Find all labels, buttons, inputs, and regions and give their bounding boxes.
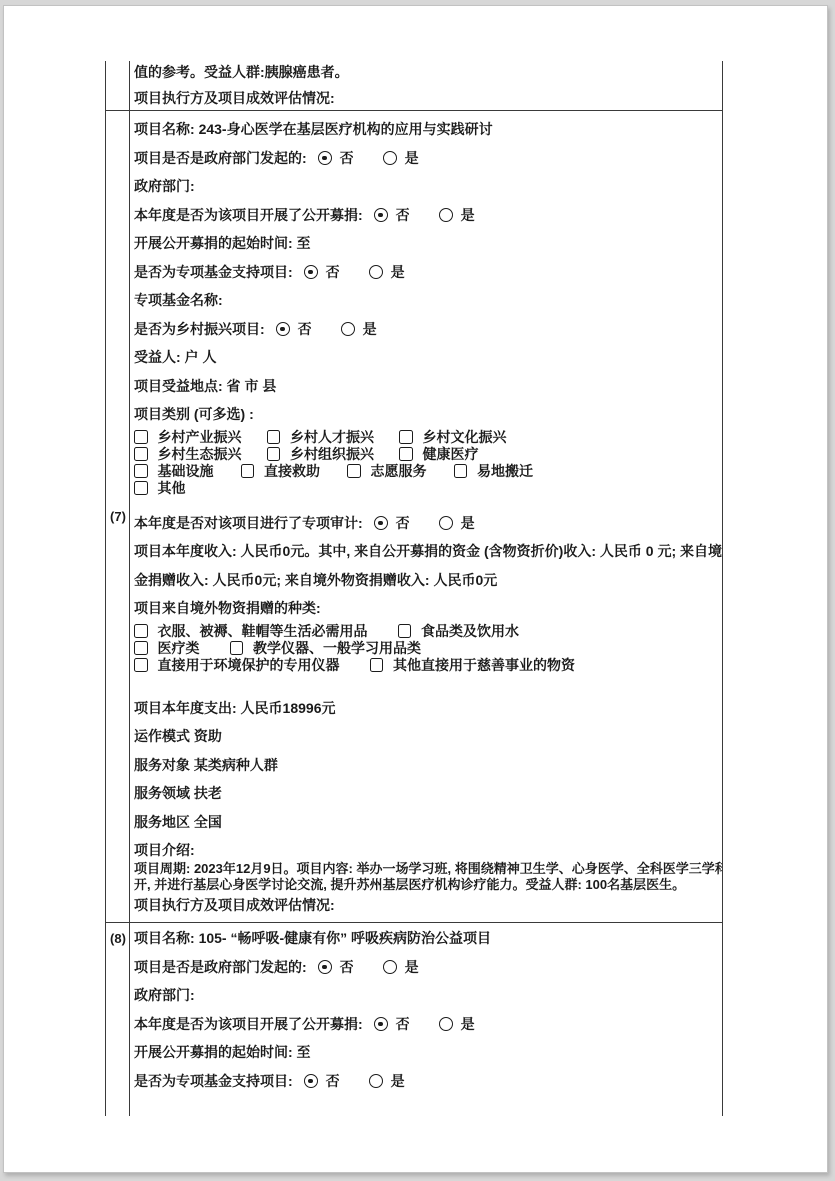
checkbox-item: 教学仪器、一般学习用品类	[230, 640, 422, 657]
option-yes-label: 是	[391, 1073, 405, 1090]
project-name-value: 243-身心医学在基层医疗机构的应用与实践研讨	[199, 121, 493, 137]
radio-option-no: 否	[304, 264, 340, 281]
question-label: 是否为乡村振兴项目:	[134, 321, 265, 338]
checkbox-item: 乡村生态振兴	[134, 446, 242, 463]
question-gov-initiated: 项目是否是政府部门发起的: 否 是	[134, 150, 722, 167]
radio-unselected-icon	[341, 322, 355, 336]
checkbox-label: 其他	[158, 480, 186, 497]
radio-option-no: 否	[276, 321, 312, 338]
category-title: 项目类别 (可多选) :	[134, 406, 722, 423]
gov-department-label: 政府部门:	[134, 987, 720, 1004]
checkbox-label: 易地搬迁	[477, 463, 533, 480]
option-no-label: 否	[396, 515, 410, 532]
question-special-fund: 是否为专项基金支持项目: 否 是	[134, 1073, 720, 1090]
donation-row-2: 医疗类 教学仪器、一般学习用品类	[134, 640, 722, 657]
radio-unselected-icon	[369, 265, 383, 279]
fundraising-time-label: 开展公开募捐的起始时间: 至	[134, 1044, 720, 1061]
benefit-location-line: 项目受益地点: 省 市 县	[134, 378, 722, 395]
radio-selected-icon	[374, 516, 388, 530]
checkbox-item: 乡村人才振兴	[267, 429, 375, 446]
checkbox-icon	[370, 658, 384, 672]
option-yes-label: 是	[461, 207, 475, 224]
category-row-4: 其他	[134, 480, 722, 497]
table-row-prev: 值的参考。受益人群:胰腺癌患者。 项目执行方及项目成效评估情况:	[106, 61, 722, 110]
radio-selected-icon	[318, 960, 332, 974]
option-no-label: 否	[396, 207, 410, 224]
question-label: 本年度是否对该项目进行了专项审计:	[134, 515, 363, 532]
operation-mode-line: 运作模式 资助	[134, 728, 722, 745]
question-special-audit: 本年度是否对该项目进行了专项审计: 否 是	[134, 515, 722, 532]
checkbox-icon	[398, 624, 412, 638]
income-line-2: 金捐赠收入: 人民币0元; 来自境外物资捐赠收入: 人民币0元	[134, 572, 722, 589]
donation-row-3: 直接用于环境保护的专用仪器 其他直接用于慈善事业的物资	[134, 657, 722, 674]
row-8-content: 项目名称: 105- “畅呼吸-健康有你” 呼吸疾病防治公益项目 项目是否是政府…	[130, 923, 722, 1116]
checkbox-item: 乡村组织振兴	[267, 446, 375, 463]
checkbox-icon	[399, 430, 413, 444]
checkbox-item: 医疗类	[134, 640, 200, 657]
checkbox-label: 医疗类	[158, 640, 200, 657]
option-no-label: 否	[326, 1073, 340, 1090]
radio-unselected-icon	[383, 151, 397, 165]
category-row-3: 基础设施 直接救助 志愿服务 易地搬迁	[134, 463, 722, 480]
radio-option-yes: 是	[369, 1073, 405, 1090]
row-number-cell: (8)	[106, 923, 130, 1116]
checkbox-icon	[267, 430, 281, 444]
checkbox-icon	[241, 464, 255, 478]
radio-selected-icon	[304, 1074, 318, 1088]
service-field-line: 服务领域 扶老	[134, 785, 722, 802]
radio-option-yes: 是	[341, 321, 377, 338]
question-public-fundraising: 本年度是否为该项目开展了公开募捐: 否 是	[134, 1016, 720, 1033]
radio-option-no: 否	[374, 1016, 410, 1033]
checkbox-label: 直接用于环境保护的专用仪器	[158, 657, 340, 674]
radio-option-yes: 是	[439, 207, 475, 224]
checkbox-item: 乡村文化振兴	[399, 429, 507, 446]
annual-expense-line: 项目本年度支出: 人民币18996元	[134, 700, 722, 717]
radio-option-yes: 是	[383, 150, 419, 167]
gov-department-label: 政府部门:	[134, 178, 722, 195]
income-line-1: 项目本年度收入: 人民币0元。其中, 来自公开募捐的资金 (含物资折价)收入: …	[134, 543, 722, 560]
checkbox-label: 食品类及饮用水	[421, 623, 519, 640]
checkbox-icon	[454, 464, 468, 478]
question-label: 是否为专项基金支持项目:	[134, 1073, 293, 1090]
row-number-cell	[106, 61, 130, 110]
checkbox-label: 基础设施	[158, 463, 214, 480]
category-row-1: 乡村产业振兴 乡村人才振兴 乡村文化振兴	[134, 429, 722, 446]
donation-kinds-title: 项目来自境外物资捐赠的种类:	[134, 600, 722, 617]
question-public-fundraising: 本年度是否为该项目开展了公开募捐: 否 是	[134, 207, 722, 224]
checkbox-label: 健康医疗	[423, 446, 479, 463]
option-no-label: 否	[340, 150, 354, 167]
option-yes-label: 是	[461, 515, 475, 532]
table-row-7: (7) 项目名称: 243-身心医学在基层医疗机构的应用与实践研讨 项目是否是政…	[106, 110, 722, 922]
radio-unselected-icon	[439, 516, 453, 530]
checkbox-icon	[134, 481, 148, 495]
fundraising-time-label: 开展公开募捐的起始时间: 至	[134, 235, 722, 252]
annual-report-table: 值的参考。受益人群:胰腺癌患者。 项目执行方及项目成效评估情况: (7) 项目名…	[105, 61, 723, 1116]
radio-option-no: 否	[374, 515, 410, 532]
radio-option-no: 否	[304, 1073, 340, 1090]
radio-unselected-icon	[383, 960, 397, 974]
option-no-label: 否	[340, 959, 354, 976]
question-gov-initiated: 项目是否是政府部门发起的: 否 是	[134, 959, 720, 976]
radio-option-yes: 是	[369, 264, 405, 281]
radio-option-yes: 是	[439, 1016, 475, 1033]
question-label: 是否为专项基金支持项目:	[134, 264, 293, 281]
service-area-line: 服务地区 全国	[134, 814, 722, 831]
checkbox-label: 乡村生态振兴	[158, 446, 242, 463]
question-label: 项目是否是政府部门发起的:	[134, 959, 307, 976]
option-yes-label: 是	[391, 264, 405, 281]
checkbox-icon	[399, 447, 413, 461]
option-yes-label: 是	[405, 150, 419, 167]
table-inner-divider	[129, 61, 130, 1116]
question-label: 项目是否是政府部门发起的:	[134, 150, 307, 167]
option-no-label: 否	[396, 1016, 410, 1033]
intro-text: 项目周期: 2023年12月9日。项目内容: 举办一场学习班, 将围绕精神卫生学…	[134, 861, 722, 893]
radio-option-no: 否	[374, 207, 410, 224]
intro-title: 项目介绍:	[134, 842, 722, 859]
checkbox-icon	[134, 430, 148, 444]
checkbox-label: 教学仪器、一般学习用品类	[253, 640, 421, 657]
radio-option-no: 否	[318, 959, 354, 976]
option-no-label: 否	[298, 321, 312, 338]
option-yes-label: 是	[363, 321, 377, 338]
project-name-label: 项目名称:	[134, 930, 199, 946]
project-name-line: 项目名称: 243-身心医学在基层医疗机构的应用与实践研讨	[134, 121, 722, 138]
checkbox-item: 食品类及饮用水	[398, 623, 520, 640]
radio-option-yes: 是	[439, 515, 475, 532]
beneficiaries-line: 受益人: 户 人	[134, 349, 722, 366]
checkbox-icon	[267, 447, 281, 461]
checkbox-label: 志愿服务	[371, 463, 427, 480]
donation-row-1: 衣服、被褥、鞋帽等生活必需用品 食品类及饮用水	[134, 623, 722, 640]
radio-option-yes: 是	[383, 959, 419, 976]
radio-unselected-icon	[439, 208, 453, 222]
evaluation-label: 项目执行方及项目成效评估情况:	[134, 897, 722, 914]
scanned-page: 值的参考。受益人群:胰腺癌患者。 项目执行方及项目成效评估情况: (7) 项目名…	[3, 5, 828, 1173]
beneficiary-note: 值的参考。受益人群:胰腺癌患者。	[134, 64, 720, 81]
option-no-label: 否	[326, 264, 340, 281]
checkbox-item: 衣服、被褥、鞋帽等生活必需用品	[134, 623, 368, 640]
radio-option-no: 否	[318, 150, 354, 167]
question-rural-revitalization: 是否为乡村振兴项目: 否 是	[134, 321, 722, 338]
radio-selected-icon	[276, 322, 290, 336]
checkbox-label: 乡村组织振兴	[290, 446, 374, 463]
checkbox-item: 乡村产业振兴	[134, 429, 242, 446]
checkbox-icon	[230, 641, 244, 655]
special-fund-name-label: 专项基金名称:	[134, 292, 722, 309]
project-name-label: 项目名称:	[134, 121, 199, 137]
question-special-fund: 是否为专项基金支持项目: 否 是	[134, 264, 722, 281]
checkbox-label: 其他直接用于慈善事业的物资	[393, 657, 575, 674]
checkbox-item: 其他直接用于慈善事业的物资	[370, 657, 576, 674]
evaluation-label: 项目执行方及项目成效评估情况:	[134, 90, 720, 107]
checkbox-icon	[134, 658, 148, 672]
checkbox-label: 直接救助	[264, 463, 320, 480]
radio-selected-icon	[374, 1017, 388, 1031]
radio-unselected-icon	[369, 1074, 383, 1088]
question-label: 本年度是否为该项目开展了公开募捐:	[134, 207, 363, 224]
row-prev-content: 值的参考。受益人群:胰腺癌患者。 项目执行方及项目成效评估情况:	[130, 61, 722, 110]
option-yes-label: 是	[405, 959, 419, 976]
category-row-2: 乡村生态振兴 乡村组织振兴 健康医疗	[134, 446, 722, 463]
checkbox-icon	[134, 641, 148, 655]
radio-selected-icon	[318, 151, 332, 165]
checkbox-item: 直接用于环境保护的专用仪器	[134, 657, 340, 674]
checkbox-label: 衣服、被褥、鞋帽等生活必需用品	[158, 623, 368, 640]
option-yes-label: 是	[461, 1016, 475, 1033]
checkbox-item: 其他	[134, 480, 186, 497]
service-target-line: 服务对象 某类病种人群	[134, 757, 722, 774]
radio-unselected-icon	[439, 1017, 453, 1031]
row-number-cell: (7)	[106, 111, 130, 922]
checkbox-label: 乡村人才振兴	[290, 429, 374, 446]
checkbox-item: 志愿服务	[347, 463, 427, 480]
checkbox-label: 乡村文化振兴	[423, 429, 507, 446]
checkbox-icon	[134, 464, 148, 478]
radio-selected-icon	[304, 265, 318, 279]
checkbox-item: 易地搬迁	[454, 463, 534, 480]
checkbox-icon	[347, 464, 361, 478]
checkbox-icon	[134, 447, 148, 461]
checkbox-item: 健康医疗	[399, 446, 479, 463]
radio-selected-icon	[374, 208, 388, 222]
project-name-line: 项目名称: 105- “畅呼吸-健康有你” 呼吸疾病防治公益项目	[134, 930, 720, 947]
checkbox-label: 乡村产业振兴	[158, 429, 242, 446]
checkbox-icon	[134, 624, 148, 638]
project-name-value: 105- “畅呼吸-健康有你” 呼吸疾病防治公益项目	[199, 930, 491, 946]
checkbox-item: 基础设施	[134, 463, 214, 480]
checkbox-item: 直接救助	[241, 463, 321, 480]
table-row-8: (8) 项目名称: 105- “畅呼吸-健康有你” 呼吸疾病防治公益项目 项目是…	[106, 922, 722, 1116]
row-7-content: 项目名称: 243-身心医学在基层医疗机构的应用与实践研讨 项目是否是政府部门发…	[130, 111, 722, 922]
question-label: 本年度是否为该项目开展了公开募捐:	[134, 1016, 363, 1033]
